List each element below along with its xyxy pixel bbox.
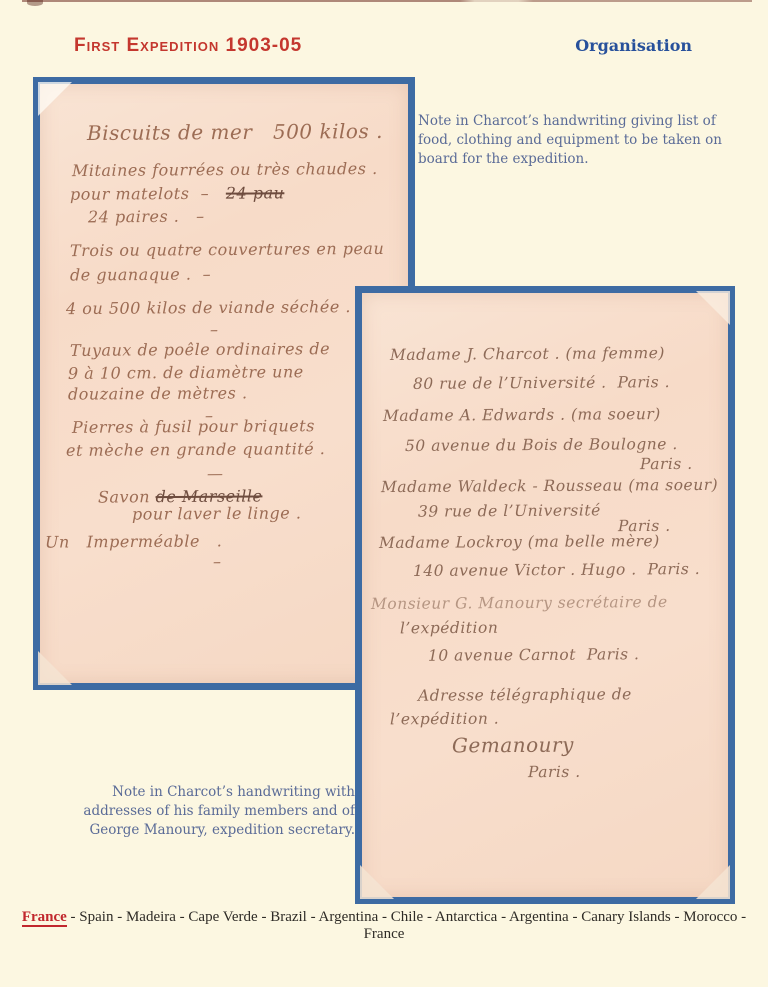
handwriting-text: Trois ou quatre couvertures en peau <box>70 239 384 260</box>
handwriting-line: Mitaines fourrées ou très chaudes . <box>72 159 378 180</box>
handwriting-text: Gemanoury <box>452 733 574 758</box>
handwriting-line: l’expédition . <box>390 710 499 729</box>
handwriting-line: 140 avenue Victor . Hugo . Paris . <box>413 560 700 580</box>
handwriting-line: Madame A. Edwards . (ma soeur) <box>383 405 661 425</box>
handwriting-line: Adresse télégraphique de <box>418 685 632 704</box>
handwriting-text: – <box>213 552 222 571</box>
handwriting-text: Paris . <box>528 763 581 781</box>
scan-edge-artifact <box>22 0 752 2</box>
handwriting-line: Trois ou quatre couvertures en peau <box>70 239 384 260</box>
route-remaining: - Spain - Madeira - Cape Verde - Brazil … <box>67 909 746 942</box>
handwriting-text: Adresse télégraphique de <box>418 685 632 704</box>
handwriting-text: Monsieur G. Manoury secrétaire de <box>371 593 668 613</box>
handwriting-text: 39 rue de l’Université <box>418 501 601 520</box>
scan-smudge <box>27 0 43 6</box>
handwriting-line: Madame Waldeck - Rousseau (ma soeur) <box>381 476 718 496</box>
photo-corner-icon <box>38 651 72 685</box>
route-start-country: France <box>22 909 67 927</box>
handwriting-text: de guanaque . – <box>70 265 211 285</box>
handwriting-line: 9 à 10 cm. de diamètre une <box>68 362 304 383</box>
handwriting-line: – <box>213 552 222 571</box>
photo-corner-icon <box>696 865 730 899</box>
handwriting-text: l’expédition . <box>390 710 499 729</box>
handwriting-text: l’expédition <box>400 619 498 638</box>
handwriting-line: – <box>210 320 219 339</box>
handwriting-text: et mèche en grande quantité . <box>66 439 325 460</box>
photo-corner-icon <box>696 291 730 325</box>
handwriting-line: l’expédition <box>400 619 498 638</box>
handwriting-text: — <box>207 464 224 483</box>
handwriting-text: Pierres à fusil pour briquets <box>72 416 315 437</box>
handwriting-text: 24 paires . – <box>88 207 205 227</box>
handwriting-text: 10 avenue Carnot Paris . <box>428 645 640 664</box>
handwriting-line: douzaine de mètres . <box>68 383 248 403</box>
handwriting-text: Madame J. Charcot . (ma femme) <box>390 344 665 364</box>
handwriting-text: Madame Lockroy (ma belle mère) <box>379 532 660 552</box>
handwriting-line: et mèche en grande quantité . <box>66 439 325 460</box>
handwriting-strikethrough: 24 pau <box>226 183 285 202</box>
handwriting-text: pour matelots – <box>70 184 226 204</box>
handwriting-line: de guanaque . – <box>70 265 211 285</box>
handwriting-text: Paris . <box>640 455 693 473</box>
handwriting-line: Madame Lockroy (ma belle mère) <box>379 532 660 552</box>
handwriting-text: 4 ou 500 kilos de viande séchée . – <box>66 297 371 318</box>
handwriting-line: Tuyaux de poêle ordinaires de <box>70 339 330 360</box>
handwriting-text: Un Imperméable . <box>45 531 222 551</box>
expedition-route: France - Spain - Madeira - Cape Verde - … <box>0 909 768 943</box>
handwriting-text: Biscuits de mer 500 kilos . <box>87 119 383 145</box>
handwriting-line: Biscuits de mer 500 kilos . <box>87 119 383 145</box>
handwriting-line: Madame J. Charcot . (ma femme) <box>390 344 665 364</box>
handwriting-line: Pierres à fusil pour briquets <box>72 416 315 437</box>
handwriting-text: Madame Waldeck - Rousseau (ma soeur) <box>381 476 718 496</box>
handwriting-text: douzaine de mètres . <box>68 383 248 403</box>
handwriting-text: Mitaines fourrées ou très chaudes . <box>72 159 378 180</box>
photo-corner-icon <box>360 865 394 899</box>
handwriting-line: pour laver le linge . <box>132 503 302 523</box>
handwriting-text: pour laver le linge . <box>132 503 302 523</box>
handwriting-line: Monsieur G. Manoury secrétaire de <box>371 593 668 613</box>
handwriting-line: pour matelots – 24 pau <box>70 183 285 203</box>
handwriting-text: 9 à 10 cm. de diamètre une <box>68 362 304 383</box>
handwriting-line: 24 paires . – <box>88 207 205 227</box>
page-title: First Expedition 1903-05 <box>74 35 302 57</box>
handwriting-line: Paris . <box>528 763 581 781</box>
handwriting-line: 80 rue de l’Université . Paris . <box>413 373 670 393</box>
handwritten-note-addresses: Madame J. Charcot . (ma femme)80 rue de … <box>355 286 735 904</box>
handwriting-text: 80 rue de l’Université . Paris . <box>413 373 670 393</box>
handwriting-text: Tuyaux de poêle ordinaires de <box>70 339 330 360</box>
handwriting-line: Paris . <box>640 455 693 473</box>
handwriting-line: 4 ou 500 kilos de viande séchée . – <box>66 297 371 318</box>
handwriting-line: Gemanoury <box>452 733 574 758</box>
handwriting-line: 10 avenue Carnot Paris . <box>428 645 640 664</box>
handwriting-line: 39 rue de l’Université <box>418 501 601 520</box>
caption-addresses-note: Note in Charcot’s handwriting with addre… <box>50 783 355 840</box>
section-title: Organisation <box>575 36 692 55</box>
photo-corner-icon <box>38 82 72 116</box>
caption-supplies-note: Note in Charcot’s handwriting giving lis… <box>418 112 740 169</box>
handwriting-text: – <box>210 320 219 339</box>
handwriting-line: 50 avenue du Bois de Boulogne . <box>405 435 678 455</box>
handwriting-text: 140 avenue Victor . Hugo . Paris . <box>413 560 700 580</box>
handwriting-line: — <box>207 464 224 483</box>
handwriting-line: Un Imperméable . <box>45 531 222 551</box>
handwriting-text: Madame A. Edwards . (ma soeur) <box>383 405 661 425</box>
handwriting-text: 50 avenue du Bois de Boulogne . <box>405 435 678 455</box>
